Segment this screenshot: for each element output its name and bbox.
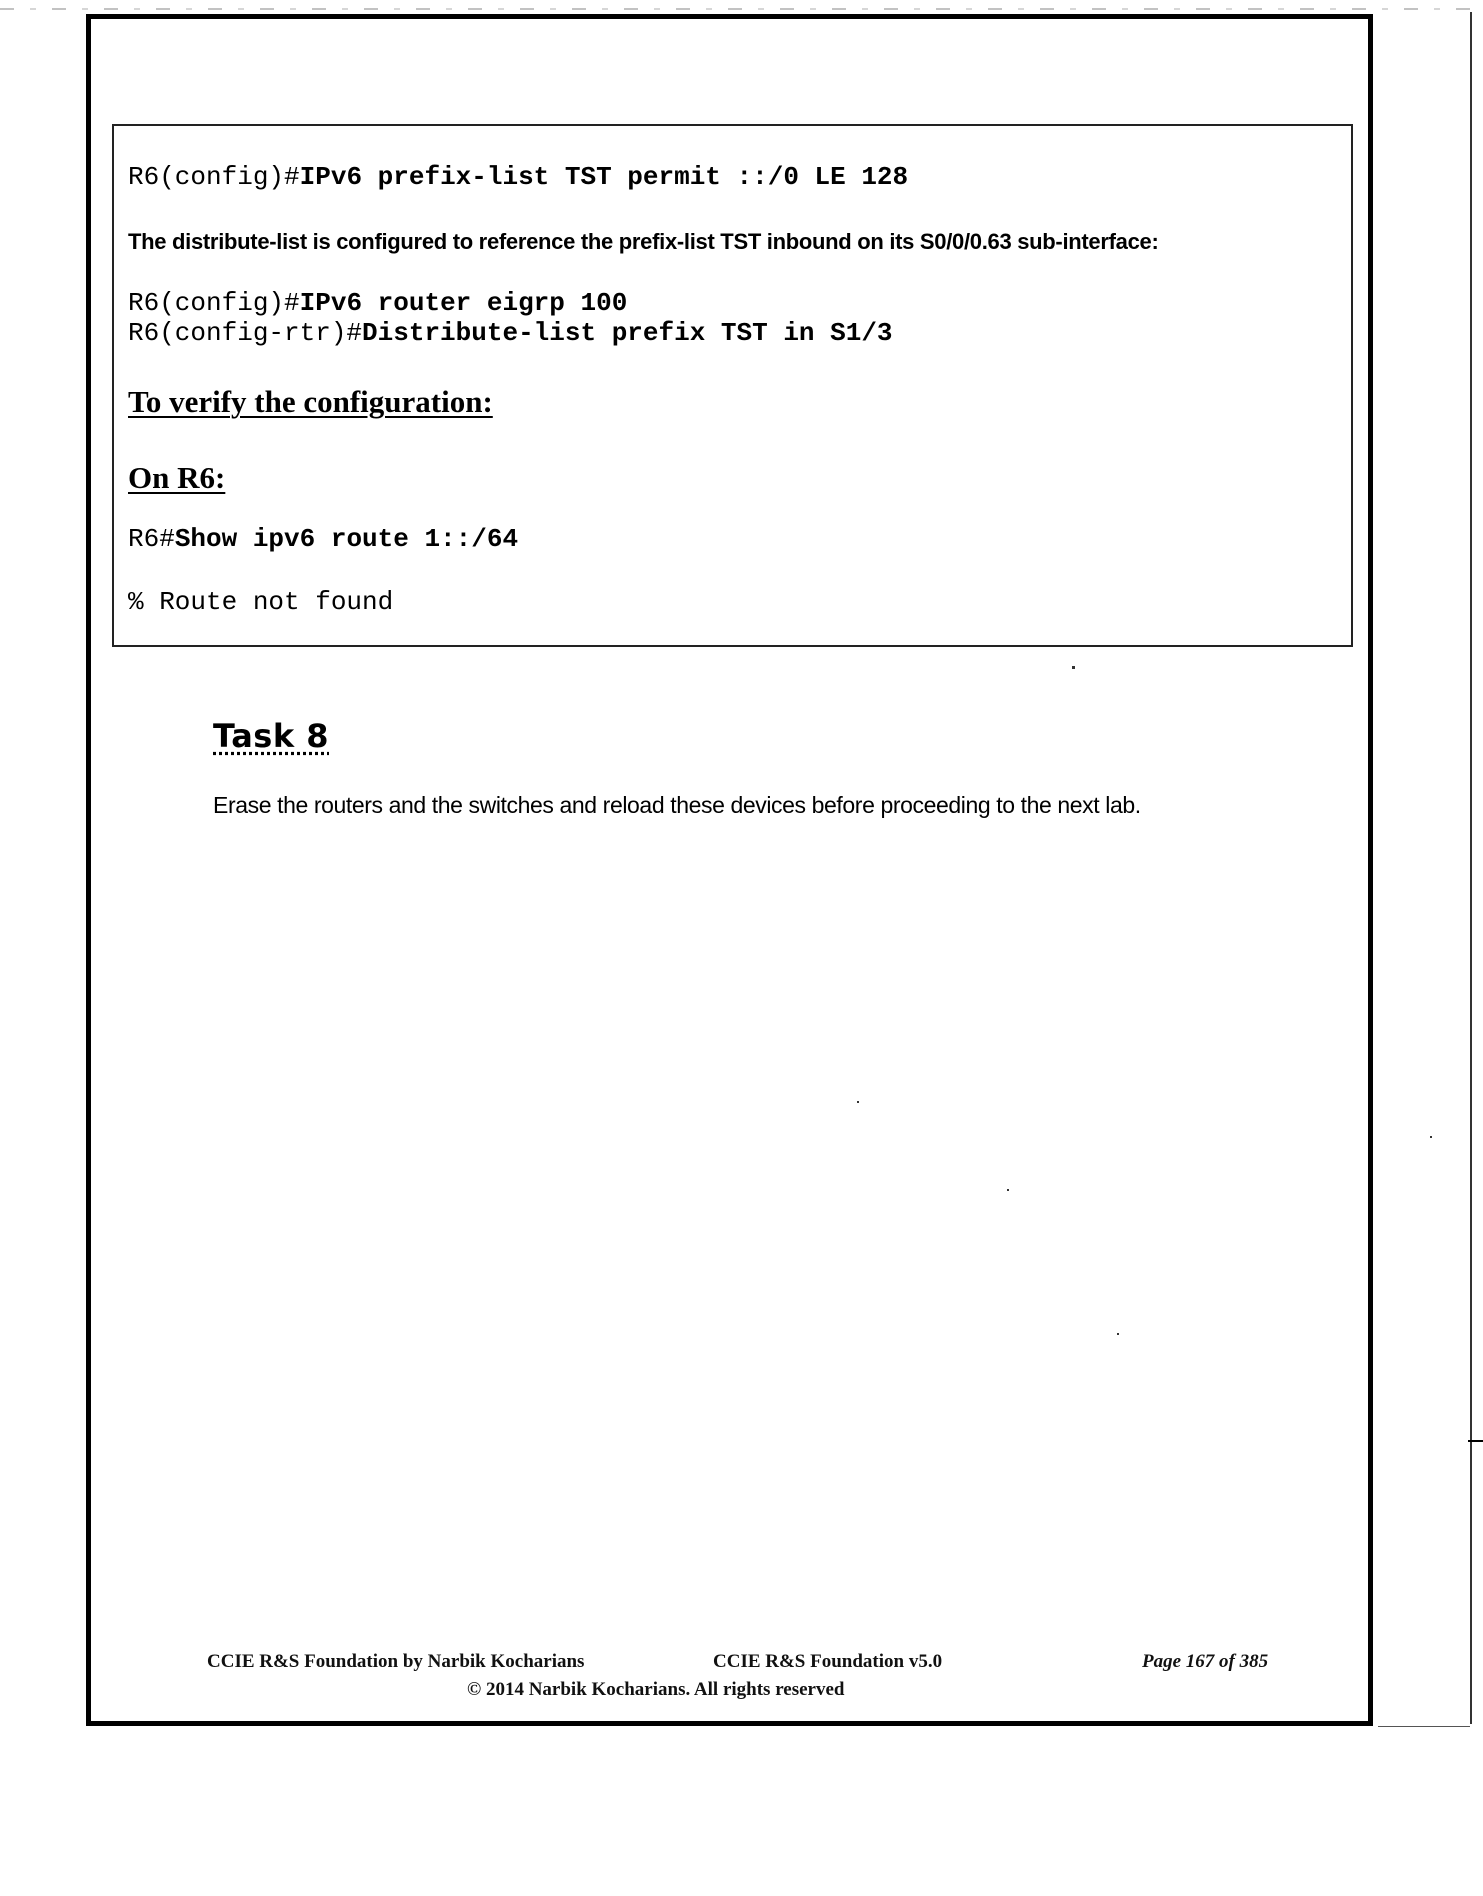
config-line-distribute-list: R6(config-rtr)#Distribute-list prefix TS… [128, 318, 893, 348]
cli-command: Distribute-list prefix TST in S1/3 [362, 318, 893, 348]
adjacent-page-tick [1468, 1440, 1483, 1442]
scan-speck [857, 1101, 859, 1103]
cli-prompt: R6# [128, 524, 175, 554]
task-title: Task 8 [213, 717, 329, 755]
cli-output: % Route not found [128, 587, 393, 617]
scan-speck [1117, 1333, 1119, 1335]
config-box: R6(config)#IPv6 prefix-list TST permit :… [112, 124, 1353, 647]
config-line-prefix-list: R6(config)#IPv6 prefix-list TST permit :… [128, 162, 908, 192]
scan-speck [1007, 1189, 1009, 1191]
cli-command: Show ipv6 route 1::/64 [175, 524, 518, 554]
cli-command: IPv6 router eigrp 100 [300, 288, 628, 318]
footer-copyright: © 2014 Narbik Kocharians. All rights res… [467, 1679, 844, 1701]
cli-prompt: R6(config)# [128, 162, 300, 192]
page-number: Page 167 of 385 [1142, 1651, 1268, 1673]
cli-prompt: R6(config)# [128, 288, 300, 318]
cli-prompt: R6(config-rtr)# [128, 318, 362, 348]
footer-version: CCIE R&S Foundation v5.0 [713, 1651, 942, 1673]
show-command-line: R6#Show ipv6 route 1::/64 [128, 524, 518, 554]
config-line-router-eigrp: R6(config)#IPv6 router eigrp 100 [128, 288, 627, 318]
on-r6-heading: On R6: [128, 460, 225, 496]
task-body: Erase the routers and the switches and r… [213, 788, 1213, 823]
adjacent-page-bottom-edge [1378, 1726, 1470, 1727]
scan-speck [1072, 666, 1075, 669]
scan-artifact-top [0, 8, 1483, 10]
cli-command: IPv6 prefix-list TST permit ::/0 LE 128 [300, 162, 909, 192]
adjacent-page-edge [1470, 12, 1472, 1724]
explanation-text: The distribute-list is configured to ref… [128, 229, 1158, 255]
footer-book-title: CCIE R&S Foundation by Narbik Kocharians [207, 1651, 584, 1673]
verify-heading: To verify the configuration: [128, 384, 493, 420]
scan-speck [1430, 1136, 1432, 1138]
